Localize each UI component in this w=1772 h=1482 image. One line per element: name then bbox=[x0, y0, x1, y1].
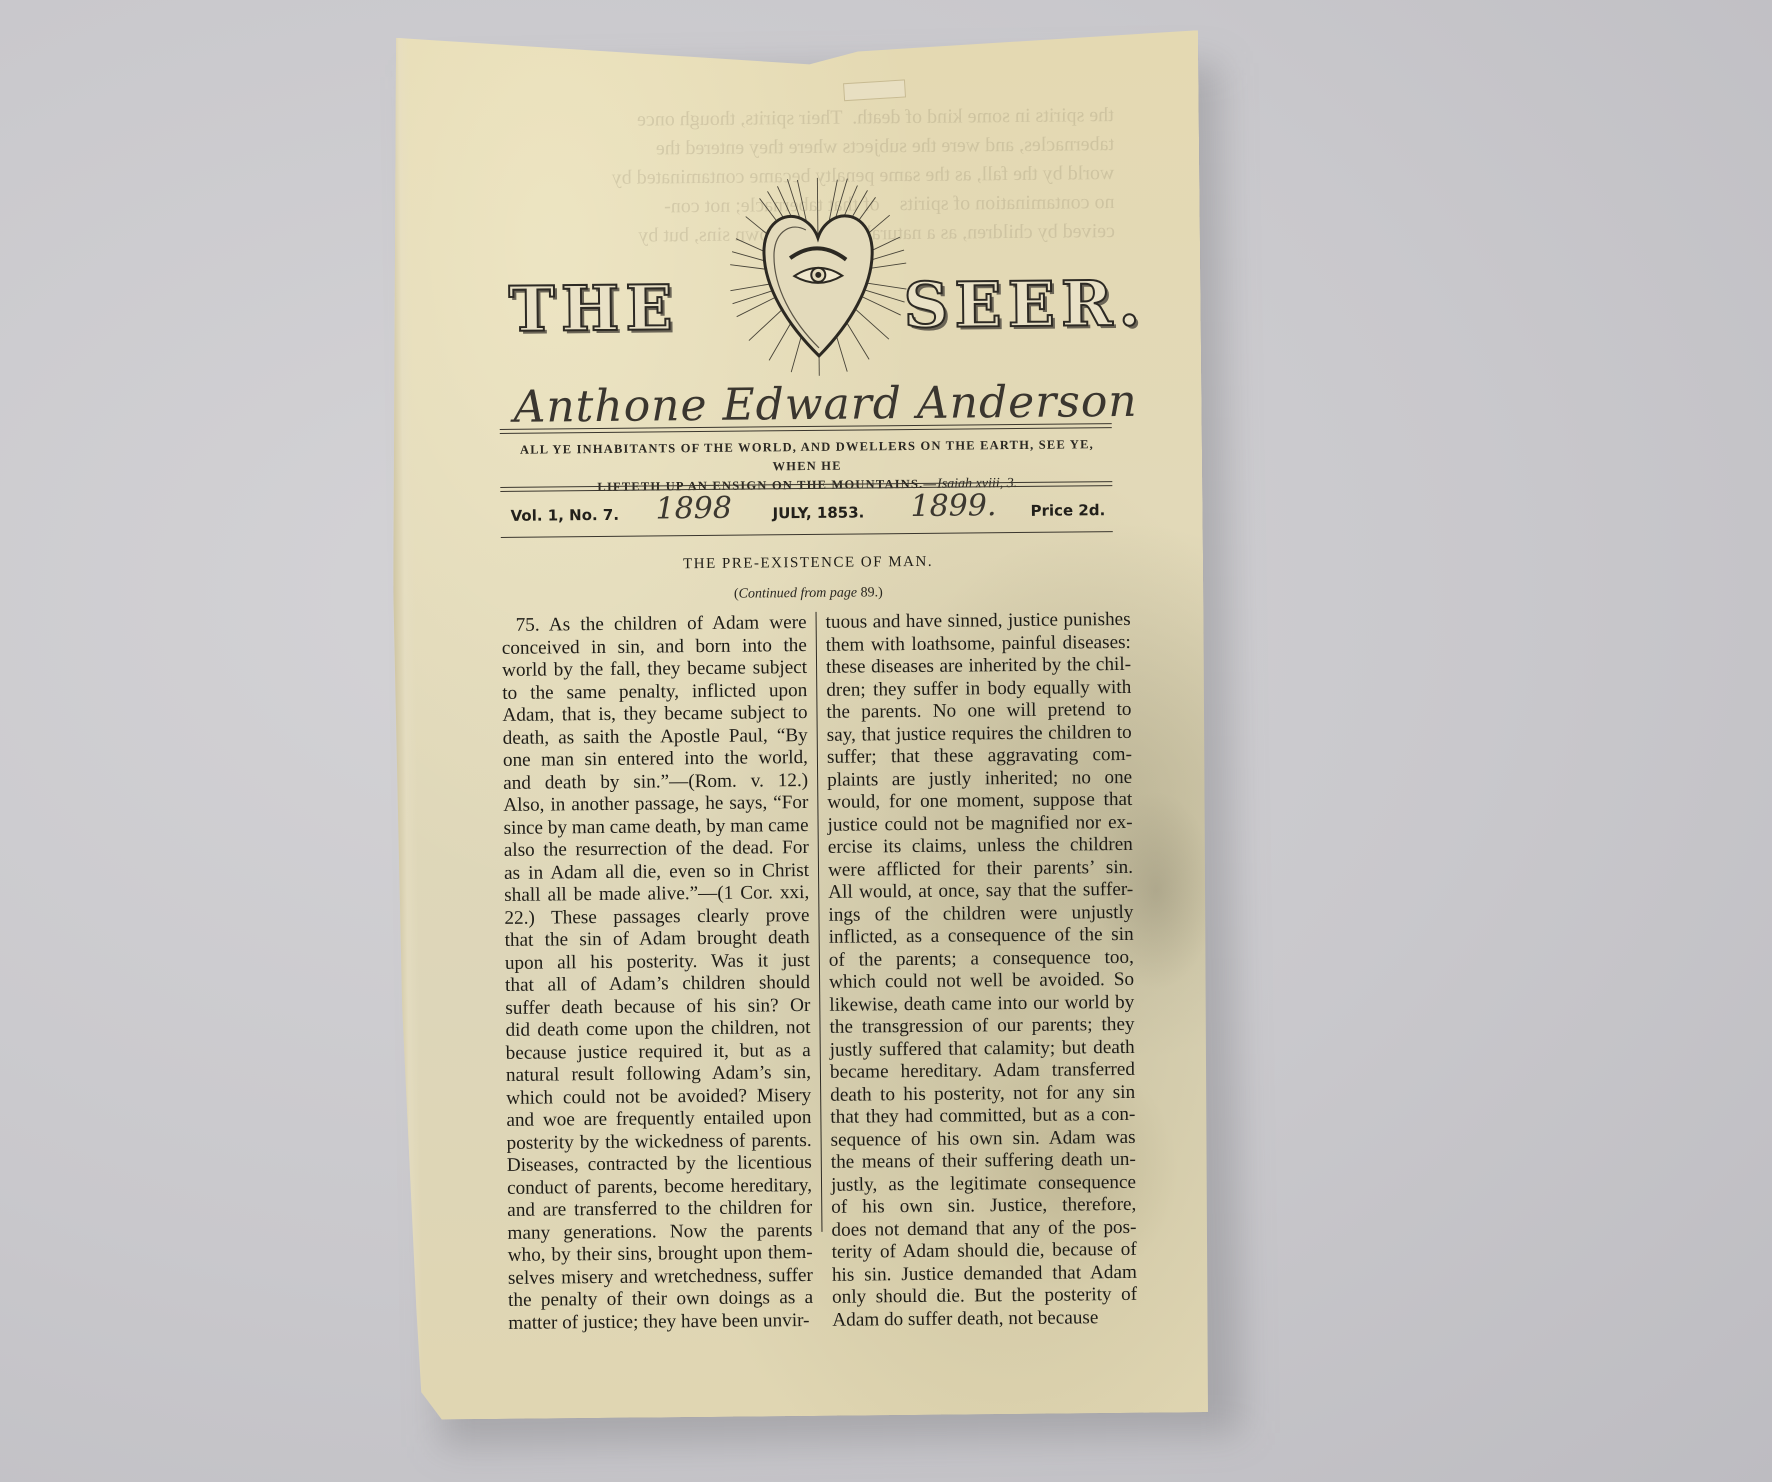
text-line: who, by their sins, brought upon them- bbox=[508, 1242, 813, 1267]
text-line: as in Adam all die, even so in Christ bbox=[504, 859, 809, 884]
masthead-title-right: SEER. bbox=[903, 267, 1146, 342]
article-column-left: 75. As the children of Adam wereconceive… bbox=[502, 612, 814, 1335]
text-line: that the sin of Adam brought death bbox=[505, 927, 810, 952]
text-line: inflicted, as a consequence of the sin bbox=[829, 924, 1134, 949]
text-line: to the same penalty, inflicted upon bbox=[502, 680, 807, 705]
text-line: were afflicted for their parents’ sin. bbox=[828, 856, 1133, 881]
handwritten-year-2: 1899. bbox=[910, 488, 996, 524]
text-line: justice could not be magnified nor ex- bbox=[827, 811, 1132, 836]
periodical-page: the spirits in some kind of death. Their… bbox=[388, 30, 1211, 1420]
text-line: the penalty of their own doings as a bbox=[508, 1287, 813, 1312]
text-line: became hereditary. Adam transferred bbox=[830, 1059, 1135, 1084]
text-line: which could not be avoided? Misery bbox=[506, 1084, 811, 1109]
text-line: ercise its claims, unless the children bbox=[828, 834, 1133, 859]
text-line: them with loathsome, painful diseases: bbox=[826, 631, 1131, 656]
article-column-right: tuous and have sinned, justice punishest… bbox=[826, 609, 1138, 1332]
text-line: these diseases are inherited by the chil… bbox=[826, 654, 1131, 679]
text-line: conceived in sin, and born into the bbox=[502, 635, 807, 660]
text-line: also the resurrection of the dead. For bbox=[504, 837, 809, 862]
text-line: Adam do suffer death, not because bbox=[832, 1306, 1137, 1331]
text-line: upon all his posterity. Was it just bbox=[505, 949, 810, 974]
text-line: posterity by the wickedness of parents. bbox=[507, 1129, 812, 1154]
text-line: death, as saith the Apostle Paul, “By bbox=[503, 725, 808, 750]
text-line: likewise, death came into our world by bbox=[829, 991, 1134, 1016]
text-line: only should die. But the posterity of bbox=[832, 1284, 1137, 1309]
text-line: say, that justice requires the children … bbox=[827, 721, 1132, 746]
volume-number: Vol. 1, No. 7. bbox=[511, 506, 620, 525]
handwritten-year-1: 1898 bbox=[655, 491, 732, 527]
text-line: because justice required it, but as a bbox=[506, 1039, 811, 1064]
text-line: terity of Adam should die, because of bbox=[832, 1239, 1137, 1264]
text-line: and woe are frequently entailed upon bbox=[506, 1107, 811, 1132]
text-line: justly suffered that calamity; but death bbox=[830, 1036, 1135, 1061]
text-line: of the parents; a consequence too, bbox=[829, 946, 1134, 971]
text-line: the parents. No one will pretend to bbox=[826, 699, 1131, 724]
text-line: 75. As the children of Adam were bbox=[502, 612, 807, 637]
text-line: world by the fall, they became subject bbox=[502, 657, 807, 682]
text-line: 22.) These passages clearly prove bbox=[504, 904, 809, 929]
text-line: shall all be made alive.”—(1 Cor. xxi, bbox=[504, 882, 809, 907]
text-line: does not demand that any of the pos- bbox=[831, 1216, 1136, 1241]
text-line: ings of the children were unjustly bbox=[828, 901, 1133, 926]
text-line: his sin. Justice demanded that Adam bbox=[832, 1261, 1137, 1286]
text-line: natural result following Adam’s sin, bbox=[506, 1062, 811, 1087]
text-line: the means of their suffering death un- bbox=[831, 1149, 1136, 1174]
continued-note: (Continued from page 89.) bbox=[503, 583, 1113, 605]
text-line: Also, in another passage, he says, “For bbox=[503, 792, 808, 817]
torn-paper-tab bbox=[843, 79, 906, 101]
text-line: would, for one moment, suppose that bbox=[827, 789, 1132, 814]
text-line: since by man came death, by man came bbox=[503, 814, 808, 839]
text-line: dren; they suffer in body equally with bbox=[826, 676, 1131, 701]
text-line: that all of Adam’s children should bbox=[505, 972, 810, 997]
handwritten-signature: Anthone Edward Anderson bbox=[513, 376, 1093, 430]
text-line: matter of justice; they have been unvir- bbox=[508, 1309, 813, 1334]
text-line: tuous and have sinned, justice punishes bbox=[826, 609, 1131, 634]
text-line: the transgression of our parents; they bbox=[829, 1014, 1134, 1039]
heart-with-eye-icon bbox=[727, 175, 909, 377]
text-line: of his own sin. Justice, therefore, bbox=[831, 1194, 1136, 1219]
text-line: suffer; that these aggravating com- bbox=[827, 744, 1132, 769]
text-line: many generations. Now the parents bbox=[507, 1219, 812, 1244]
text-line: and are transferred to the children for bbox=[507, 1197, 812, 1222]
text-line: plaints are justly inherited; no one bbox=[827, 766, 1132, 791]
text-line: Diseases, contracted by the licentious bbox=[507, 1152, 812, 1177]
text-line: death to his posterity, not for any sin bbox=[830, 1081, 1135, 1106]
masthead: THE SEER. bbox=[498, 231, 1109, 377]
text-line: Adam, that is, they became subject to bbox=[502, 702, 807, 727]
issue-bar: Vol. 1, No. 7. 1898 JULY, 1853. 1899. Pr… bbox=[510, 493, 1110, 537]
text-line: All would, at once, say that the suffer- bbox=[828, 879, 1133, 904]
text-line: which could not well be avoided. So bbox=[829, 969, 1134, 994]
folded-left-edge bbox=[388, 38, 423, 1420]
text-line: conduct of parents, become hereditary, bbox=[507, 1174, 812, 1199]
issue-date: JULY, 1853. bbox=[772, 503, 864, 522]
text-line: did death come upon the children, not bbox=[505, 1017, 810, 1042]
text-line: and death by sin.”—(Rom. v. 12.) bbox=[503, 770, 808, 795]
masthead-title-left: THE bbox=[508, 271, 679, 346]
text-line: that they had committed, but as a con- bbox=[830, 1104, 1135, 1129]
column-divider bbox=[816, 612, 823, 1232]
text-line: sequence of his own sin. Adam was bbox=[830, 1126, 1135, 1151]
motto-line-1: ALL YE INHABITANTS OF THE WORLD, AND DWE… bbox=[502, 435, 1112, 479]
text-line: selves misery and wretchedness, suffer bbox=[508, 1264, 813, 1289]
issue-price: Price 2d. bbox=[1030, 501, 1105, 520]
text-line: one man sin entered into the world, bbox=[503, 747, 808, 772]
text-line: justly, as the legitimate consequence bbox=[831, 1171, 1136, 1196]
text-line: suffer death because of his sin? Or bbox=[505, 994, 810, 1019]
